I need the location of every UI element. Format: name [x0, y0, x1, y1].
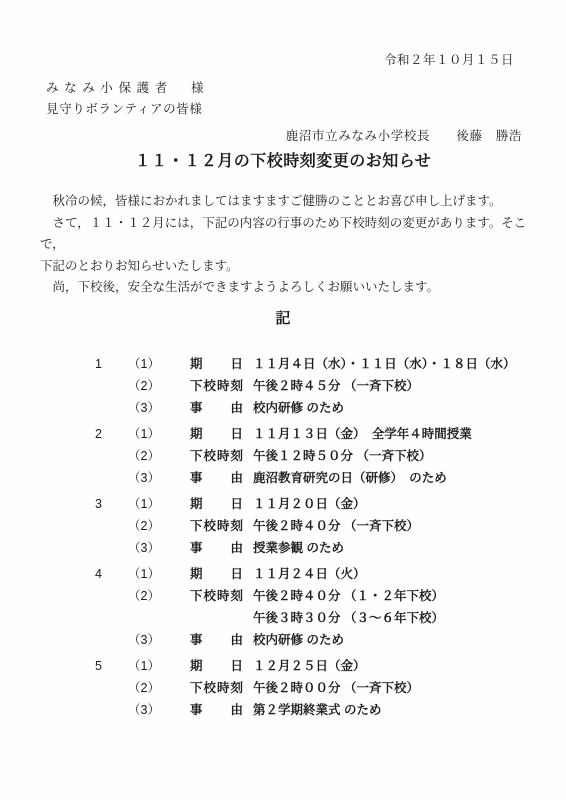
row-value-reason: 校内研修 のため — [253, 397, 566, 419]
notice-item-2: 2 （1） 期 日 １１月１３日（金） 全学年４時間授業 （2） 下校時刻 午後… — [0, 423, 566, 489]
item-number-spacer — [95, 467, 128, 489]
item-row-date: 3 （1） 期 日 １１月２０日（金） — [0, 493, 566, 515]
row-label-time: 下校時刻 — [190, 375, 243, 397]
notice-items: 1 （1） 期 日 １１月４日（水）・１１日（水）・１８日（水） （2） 下校時… — [0, 353, 566, 721]
row-label-date: 期 日 — [190, 655, 243, 677]
item-number-spacer — [95, 375, 128, 397]
row-label-date: 期 日 — [190, 423, 243, 445]
row-marker-spacer — [128, 607, 190, 629]
item-row-reason: （3） 事 由 第２学期終業式 のため — [0, 699, 566, 721]
item-number-spacer — [95, 537, 128, 559]
row-label-reason: 事 由 — [190, 537, 243, 559]
body-paragraph-purpose: さて，１１・１２月には，下記の内容の行事のため下校時刻の変更があります。そこで，… — [40, 213, 546, 278]
row-value-date: １２月２５日（金） — [253, 655, 566, 677]
document-title: １１・１２月の下校時刻変更のお知らせ — [0, 151, 566, 173]
item-row-time: （2） 下校時刻 午後２時００分 （一斉下校） — [0, 677, 566, 699]
item-row-reason: （3） 事 由 授業参観 のため — [0, 537, 566, 559]
body-paragraph-greeting: 秋冷の候，皆様におかれましてはますますご健勝のこととお喜び申し上げます。 — [40, 191, 546, 213]
item-row-reason: （3） 事 由 校内研修 のため — [0, 397, 566, 419]
row-label-date: 期 日 — [190, 493, 243, 515]
record-marker: 記 — [0, 309, 566, 329]
row-marker: （1） — [128, 655, 190, 677]
row-marker: （3） — [128, 629, 190, 651]
row-marker: （2） — [128, 677, 190, 699]
row-label-reason: 事 由 — [190, 699, 243, 721]
item-row-time: （2） 下校時刻 午後１２時５０分 （一斉下校） — [0, 445, 566, 467]
row-label-time: 下校時刻 — [190, 445, 243, 467]
row-label-time: 下校時刻 — [190, 585, 243, 607]
item-row-time: （2） 下校時刻 午後２時４０分 （１・２年下校） — [0, 585, 566, 607]
row-label-reason: 事 由 — [190, 467, 243, 489]
row-value-date: １１月２０日（金） — [253, 493, 566, 515]
row-marker: （2） — [128, 585, 190, 607]
item-row-time: （2） 下校時刻 午後２時４０分 （一斉下校） — [0, 515, 566, 537]
recipient-parents: みなみ小保護者 様 — [46, 78, 566, 99]
row-marker: （3） — [128, 699, 190, 721]
item-number: 3 — [95, 493, 128, 515]
row-value-reason: 授業参観 のため — [253, 537, 566, 559]
item-number-spacer — [95, 677, 128, 699]
item-row-reason: （3） 事 由 校内研修 のため — [0, 629, 566, 651]
row-label-date: 期 日 — [190, 563, 243, 585]
row-value-time: 午後１２時５０分 （一斉下校） — [253, 445, 566, 467]
row-value-date: １１月４日（水）・１１日（水）・１８日（水） — [253, 353, 566, 375]
body-paragraph-request: 尚，下校後，安全な生活ができますようよろしくお願いいたします。 — [40, 277, 546, 299]
row-marker: （1） — [128, 423, 190, 445]
item-number-spacer — [95, 397, 128, 419]
row-marker: （1） — [128, 563, 190, 585]
row-marker: （2） — [128, 375, 190, 397]
document-date: 令和２年１０月１５日 — [0, 52, 566, 69]
sender-principal: 鹿沼市立みなみ小学校長 後藤 勝浩 — [0, 128, 566, 145]
row-marker: （2） — [128, 445, 190, 467]
item-number: 4 — [95, 563, 128, 585]
row-value-reason: 校内研修 のため — [253, 629, 566, 651]
row-value-time: 午後２時４５分 （一斉下校） — [253, 375, 566, 397]
item-number-spacer — [95, 585, 128, 607]
row-marker: （3） — [128, 467, 190, 489]
item-row-date: 5 （1） 期 日 １２月２５日（金） — [0, 655, 566, 677]
row-value-time: 午後２時４０分 （一斉下校） — [253, 515, 566, 537]
notice-item-5: 5 （1） 期 日 １２月２５日（金） （2） 下校時刻 午後２時００分 （一斉… — [0, 655, 566, 721]
item-row-date: 1 （1） 期 日 １１月４日（水）・１１日（水）・１８日（水） — [0, 353, 566, 375]
item-number-spacer — [95, 515, 128, 537]
item-row-time-continued: 午後３時３０分 （３～６年下校） — [0, 607, 566, 629]
item-number-spacer — [95, 699, 128, 721]
recipient-volunteers: 見守りボランティアの皆様 — [46, 99, 566, 120]
item-row-reason: （3） 事 由 鹿沼教育研究の日（研修） のため — [0, 467, 566, 489]
item-number-spacer — [95, 607, 128, 629]
item-number-spacer — [95, 629, 128, 651]
item-number: 1 — [95, 353, 128, 375]
row-value-date: １１月１３日（金） 全学年４時間授業 — [253, 423, 566, 445]
row-label-date: 期 日 — [190, 353, 243, 375]
row-value-time: 午後２時４０分 （１・２年下校） — [253, 585, 566, 607]
row-marker: （1） — [128, 493, 190, 515]
row-marker: （2） — [128, 515, 190, 537]
row-label-spacer — [190, 607, 243, 629]
row-marker: （3） — [128, 537, 190, 559]
row-label-reason: 事 由 — [190, 397, 243, 419]
row-label-time: 下校時刻 — [190, 515, 243, 537]
item-row-time: （2） 下校時刻 午後２時４５分 （一斉下校） — [0, 375, 566, 397]
notice-item-3: 3 （1） 期 日 １１月２０日（金） （2） 下校時刻 午後２時４０分 （一斉… — [0, 493, 566, 559]
recipient-block: みなみ小保護者 様 見守りボランティアの皆様 — [0, 78, 566, 120]
row-value-time-2: 午後３時３０分 （３～６年下校） — [253, 607, 566, 629]
row-value-time: 午後２時００分 （一斉下校） — [253, 677, 566, 699]
row-value-reason: 第２学期終業式 のため — [253, 699, 566, 721]
notice-item-4: 4 （1） 期 日 １１月２４日（火） （2） 下校時刻 午後２時４０分 （１・… — [0, 563, 566, 651]
body-text-block: 秋冷の候，皆様におかれましてはますますご健勝のこととお喜び申し上げます。 さて，… — [0, 191, 566, 299]
row-marker: （1） — [128, 353, 190, 375]
row-label-time: 下校時刻 — [190, 677, 243, 699]
document-page: 令和２年１０月１５日 みなみ小保護者 様 見守りボランティアの皆様 鹿沼市立みな… — [0, 0, 566, 800]
notice-item-1: 1 （1） 期 日 １１月４日（水）・１１日（水）・１８日（水） （2） 下校時… — [0, 353, 566, 419]
row-marker: （3） — [128, 397, 190, 419]
row-value-date: １１月２４日（火） — [253, 563, 566, 585]
row-label-reason: 事 由 — [190, 629, 243, 651]
item-number: 5 — [95, 655, 128, 677]
row-value-reason: 鹿沼教育研究の日（研修） のため — [253, 467, 566, 489]
item-row-date: 2 （1） 期 日 １１月１３日（金） 全学年４時間授業 — [0, 423, 566, 445]
item-row-date: 4 （1） 期 日 １１月２４日（火） — [0, 563, 566, 585]
item-number-spacer — [95, 445, 128, 467]
item-number: 2 — [95, 423, 128, 445]
